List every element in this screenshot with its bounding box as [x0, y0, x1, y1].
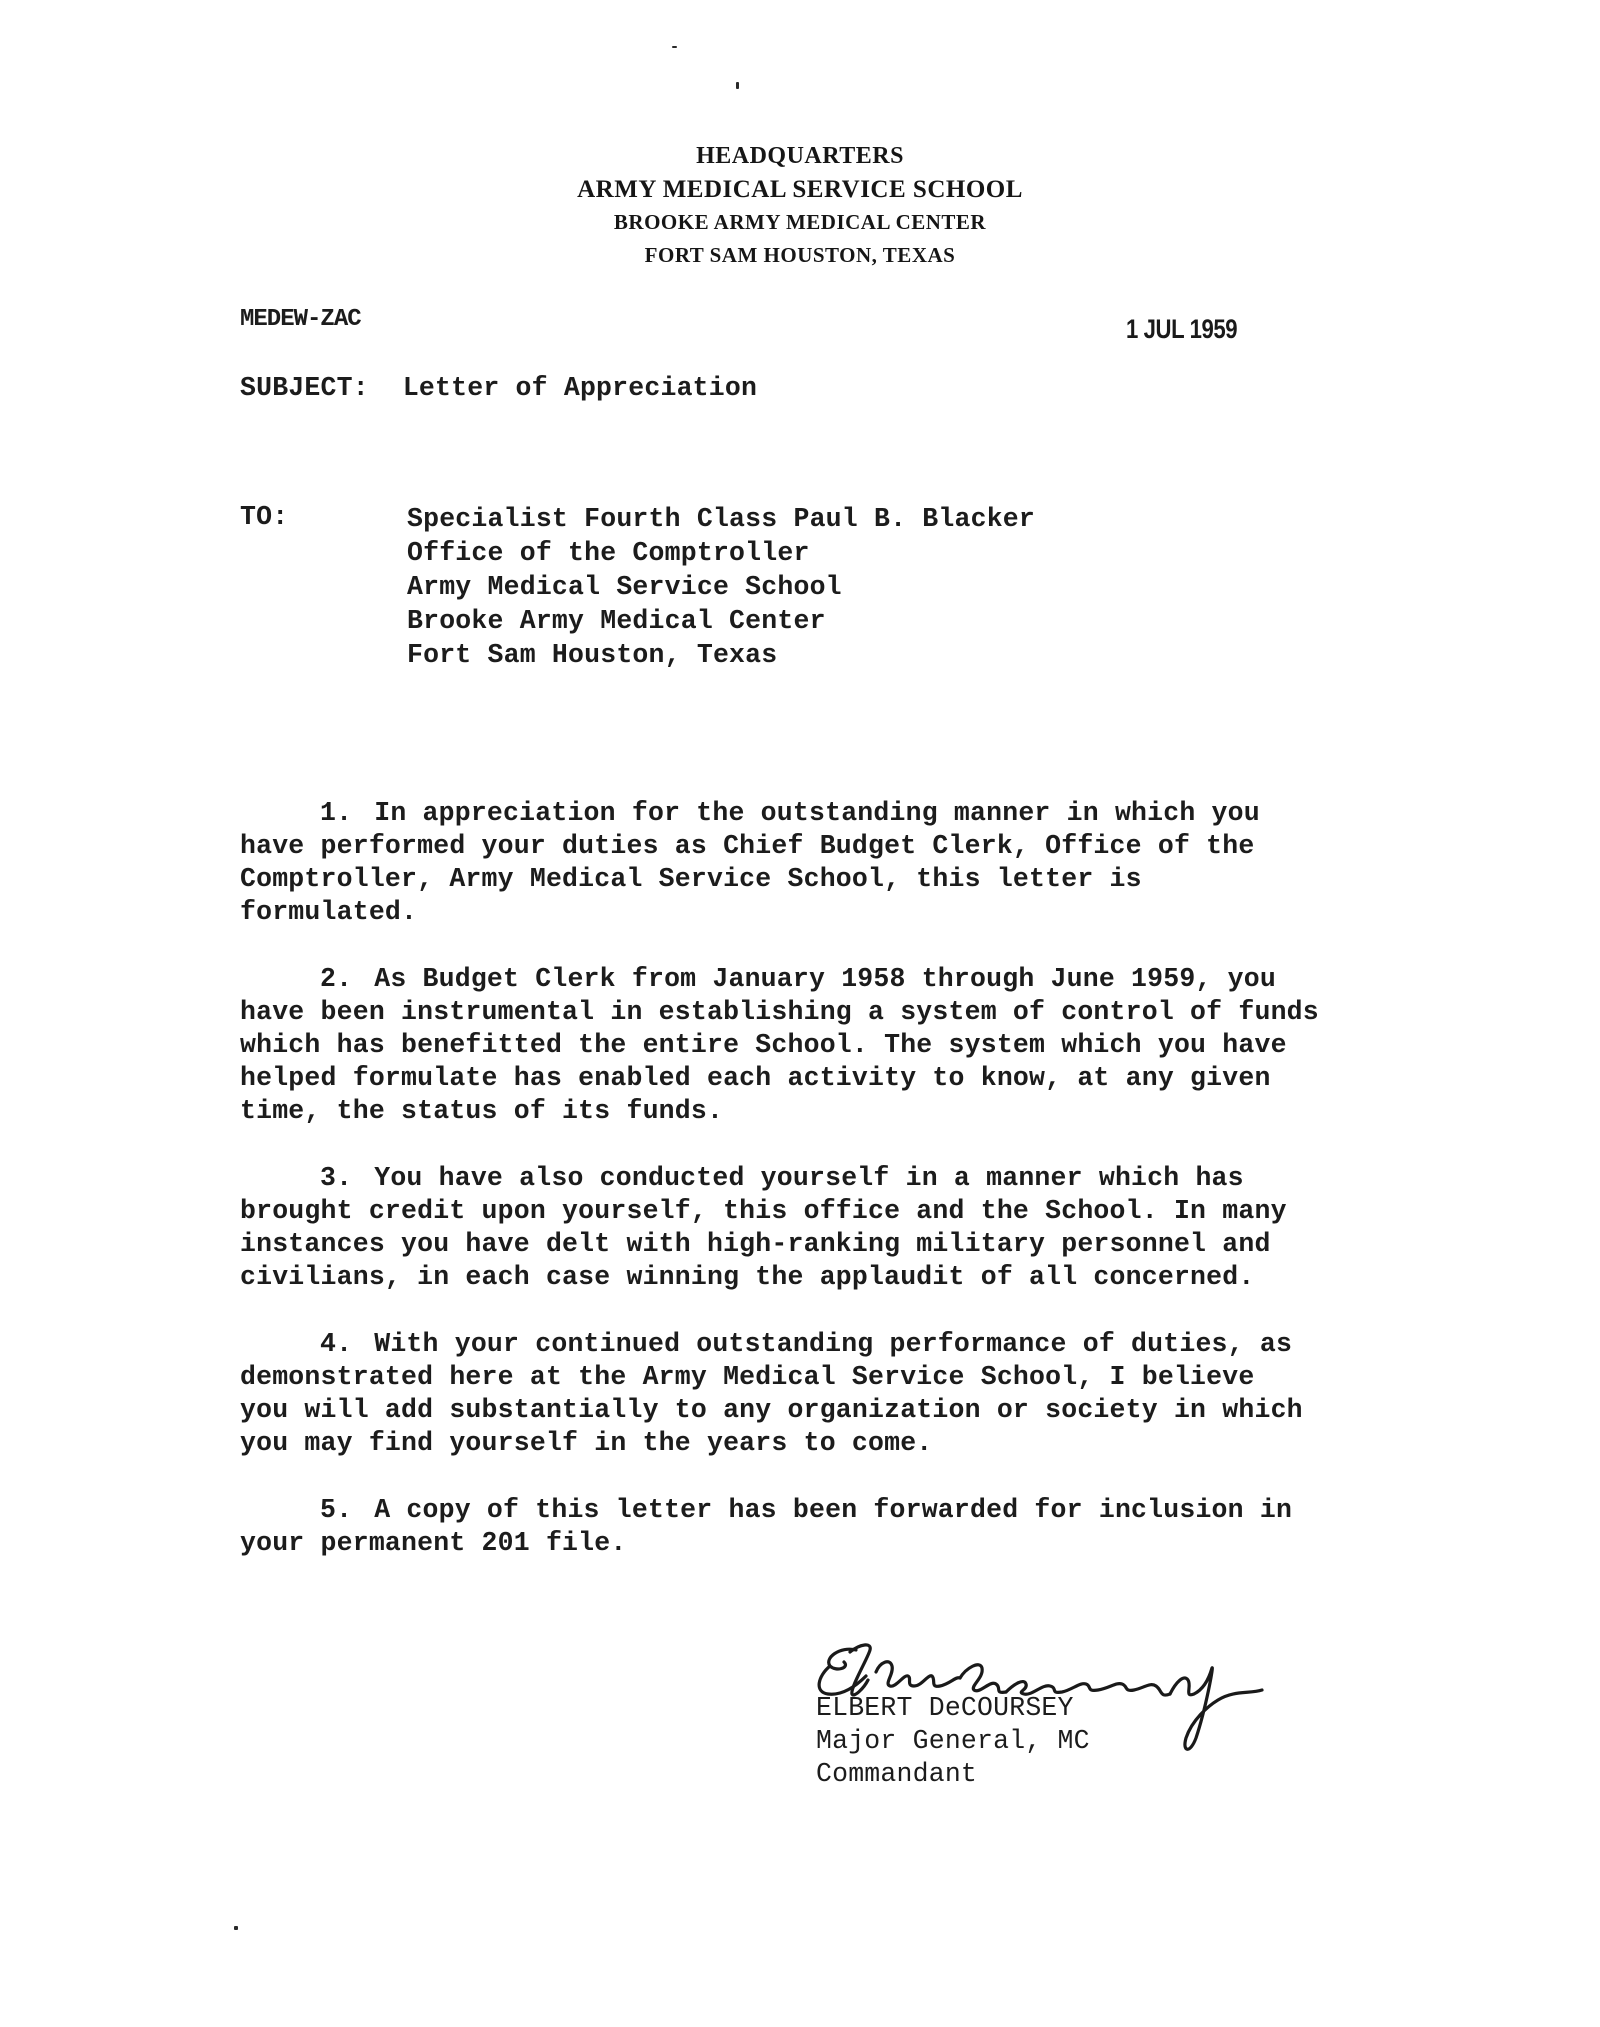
paragraph-3: 3.You have also conducted yourself in a …: [240, 1162, 1370, 1294]
addressee-city: Fort Sam Houston, Texas: [407, 638, 1035, 672]
paragraph-1: 1.In appreciation for the outstanding ma…: [240, 797, 1370, 929]
paragraph-number: 2.: [320, 963, 352, 996]
to-label: TO:: [240, 502, 288, 532]
letterhead-school: ARMY MEDICAL SERVICE SCHOOL: [0, 173, 1600, 206]
signer-rank: Major General, MC: [816, 1725, 1090, 1758]
scan-speck: [672, 46, 677, 48]
signer-title: Commandant: [816, 1758, 1090, 1791]
letterhead-headquarters: HEADQUARTERS: [0, 140, 1600, 173]
letterhead-location: FORT SAM HOUSTON, TEXAS: [0, 239, 1600, 272]
paragraph-text: In appreciation for the outstanding mann…: [240, 798, 1260, 927]
addressee-center: Brooke Army Medical Center: [407, 604, 1035, 638]
scan-speck: [234, 1926, 238, 1930]
addressee-name: Specialist Fourth Class Paul B. Blacker: [407, 502, 1035, 536]
letter-page: HEADQUARTERS ARMY MEDICAL SERVICE SCHOOL…: [0, 0, 1600, 2027]
signer-name: ELBERT DeCOURSEY: [816, 1692, 1090, 1725]
scan-speck: [736, 82, 739, 89]
subject-label: SUBJECT:: [240, 373, 369, 403]
letter-date: 1 JUL 1959: [1126, 314, 1237, 345]
paragraph-number: 4.: [320, 1328, 352, 1361]
addressee-address: Specialist Fourth Class Paul B. Blacker …: [407, 502, 1035, 672]
paragraph-text: As Budget Clerk from January 1958 throug…: [240, 964, 1319, 1126]
addressee-school: Army Medical Service School: [407, 570, 1035, 604]
paragraph-text: You have also conducted yourself in a ma…: [240, 1163, 1287, 1292]
paragraph-text: With your continued outstanding performa…: [240, 1329, 1303, 1458]
letterhead-medical-center: BROOKE ARMY MEDICAL CENTER: [0, 206, 1600, 239]
paragraph-text: A copy of this letter has been forwarded…: [240, 1495, 1292, 1558]
subject-line: SUBJECT:Letter of Appreciation: [240, 373, 757, 403]
letter-body: 1.In appreciation for the outstanding ma…: [240, 797, 1370, 1594]
paragraph-4: 4.With your continued outstanding perfor…: [240, 1328, 1370, 1460]
paragraph-number: 1.: [320, 797, 352, 830]
subject-text: Letter of Appreciation: [403, 373, 757, 403]
letterhead: HEADQUARTERS ARMY MEDICAL SERVICE SCHOOL…: [0, 140, 1600, 272]
paragraph-2: 2.As Budget Clerk from January 1958 thro…: [240, 963, 1370, 1128]
office-symbol: MEDEW-ZAC: [240, 306, 361, 333]
paragraph-number: 3.: [320, 1162, 352, 1195]
paragraph-5: 5.A copy of this letter has been forward…: [240, 1494, 1370, 1560]
addressee-office: Office of the Comptroller: [407, 536, 1035, 570]
paragraph-number: 5.: [320, 1494, 352, 1527]
signer-details: ELBERT DeCOURSEY Major General, MC Comma…: [816, 1692, 1090, 1791]
